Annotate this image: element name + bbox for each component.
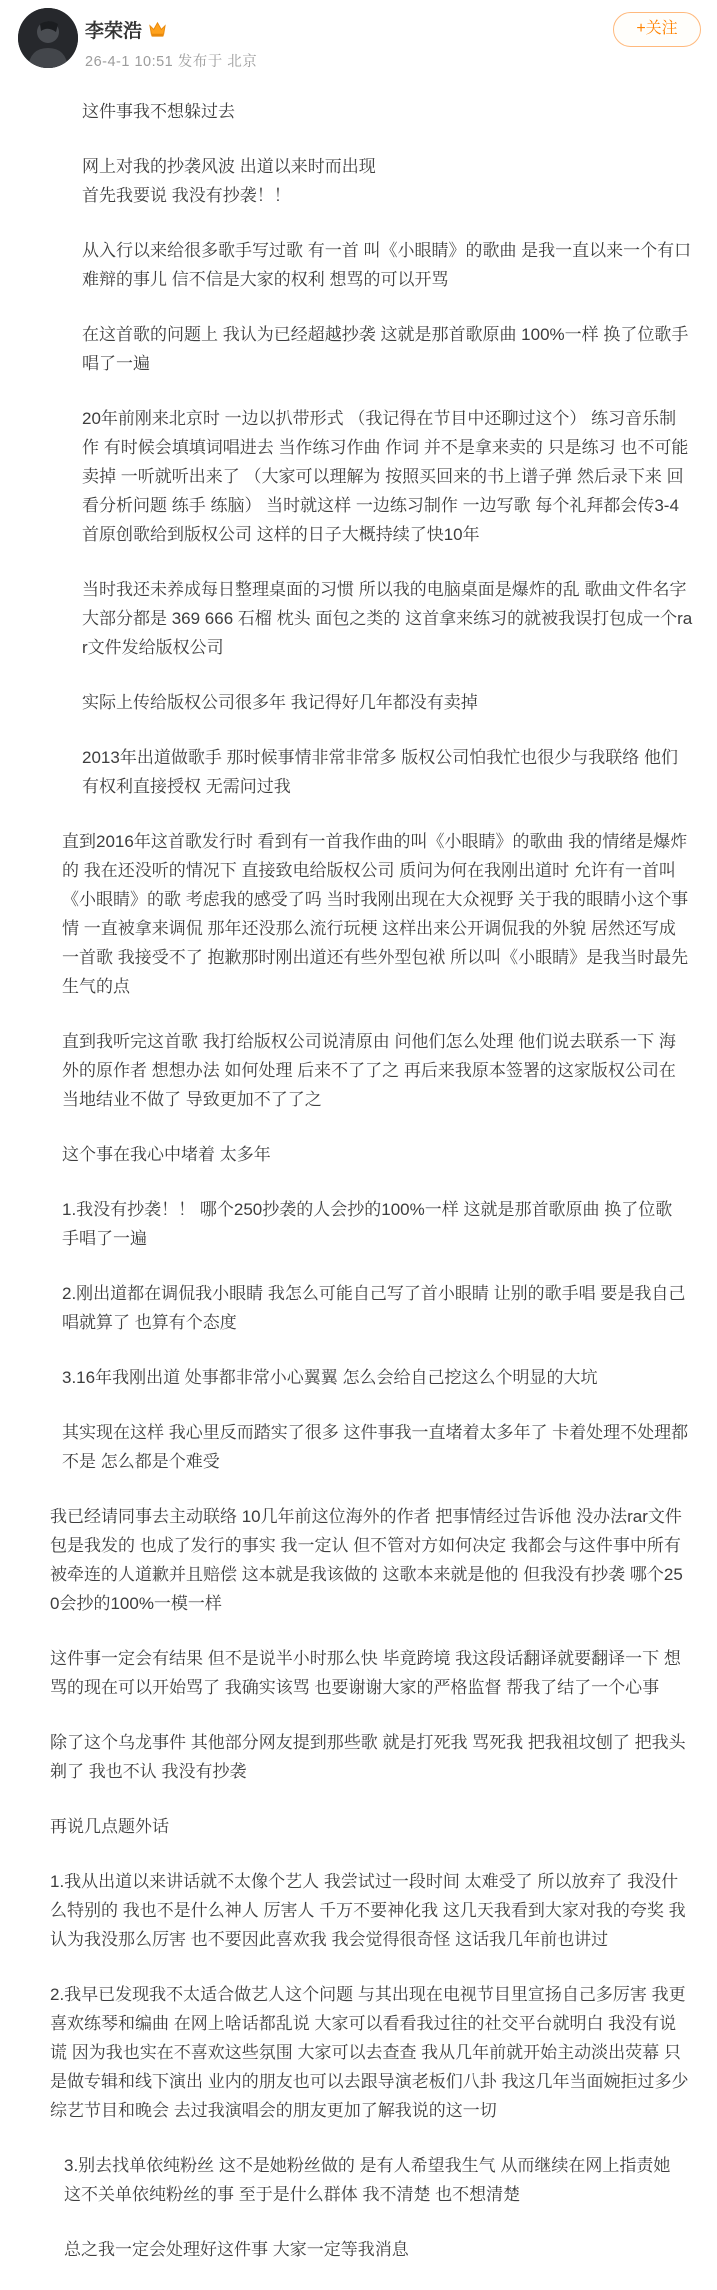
avatar-portrait [18,8,78,68]
post-paragraph: 20年前刚来北京时 一边以扒带形式 （我记得在节目中还聊过这个） 练习音乐制作 … [0,404,717,549]
post-paragraph: 这件事我不想躲过去 [0,97,717,126]
post-paragraph: 我已经请同事去主动联络 10几年前这位海外的作者 把事情经过告诉他 没办法rar… [0,1502,717,1618]
post-paragraph: 2.我早已发现我不太适合做艺人这个问题 与其出现在电视节目里宣扬自己多厉害 我更… [0,1980,717,2125]
post-paragraph: 2013年出道做歌手 那时候事情非常非常多 版权公司怕我忙也很少与我联络 他们有… [0,743,717,801]
post-paragraph: 除了这个乌龙事件 其他部分网友提到那些歌 就是打死我 骂死我 把我祖坟刨了 把我… [0,1728,717,1786]
post-paragraph: 这个事在我心中堵着 太多年 [0,1140,717,1169]
post-paragraph: 3.16年我刚出道 处事都非常小心翼翼 怎么会给自己挖这么个明显的大坑 [0,1363,717,1392]
post-paragraph: 1.我没有抄袭！！ 哪个250抄袭的人会抄的100%一样 这就是那首歌原曲 换了… [0,1195,717,1253]
post-paragraph: 再说几点题外话 [0,1812,717,1841]
verified-v-icon: V [70,58,78,68]
post-paragraph: 从入行以来给很多歌手写过歌 有一首 叫《小眼睛》的歌曲 是我一直以来一个有口难辩… [0,236,717,294]
timestamp: 26-4-1 10:51 发布于 北京 [85,50,257,71]
membership-crown-icon [148,21,167,38]
post-paragraph: 1.我从出道以来讲话就不太像个艺人 我尝试过一段时间 太难受了 所以放弃了 我没… [0,1867,717,1954]
post-body: 这件事我不想躲过去网上对我的抄袭风波 出道以来时而出现 首先我要说 我没有抄袭！… [0,95,717,2264]
post-paragraph: 直到我听完这首歌 我打给版权公司说清原由 问他们怎么处理 他们说去联系一下 海外… [0,1027,717,1114]
post-paragraph: 当时我还未养成每日整理桌面的习惯 所以我的电脑桌面是爆炸的乱 歌曲文件名字大部分… [0,575,717,662]
post-paragraph: 网上对我的抄袭风波 出道以来时而出现 首先我要说 我没有抄袭！！ [0,152,717,210]
post-paragraph: 实际上传给版权公司很多年 我记得好几年都没有卖掉 [0,688,717,717]
post-paragraph: 其实现在这样 我心里反而踏实了很多 这件事我一直堵着太多年了 卡着处理不处理都不… [0,1418,717,1476]
post-paragraph: 2.刚出道都在调侃我小眼睛 我怎么可能自己写了首小眼睛 让别的歌手唱 要是我自己… [0,1279,717,1337]
avatar[interactable]: V [18,8,78,68]
post-paragraph: 总之我一定会处理好这件事 大家一定等我消息 [0,2235,717,2264]
follow-button[interactable]: +关注 [613,12,701,47]
post-paragraph: 3.别去找单依纯粉丝 这不是她粉丝做的 是有人希望我生气 从而继续在网上指责她 … [0,2151,717,2209]
post-paragraph: 这件事一定会有结果 但不是说半小时那么快 毕竟跨境 我这段话翻译就要翻译一下 想… [0,1644,717,1702]
post-header: V 李荣浩 26-4-1 10:51 发布于 北京 +关注 [0,0,717,95]
post-paragraph: 直到2016年这首歌发行时 看到有一首我作曲的叫《小眼睛》的歌曲 我的情绪是爆炸… [0,827,717,1001]
username[interactable]: 李荣浩 [85,16,142,43]
post-paragraph: 在这首歌的问题上 我认为已经超越抄袭 这就是那首歌原曲 100%一样 换了位歌手… [0,320,717,378]
